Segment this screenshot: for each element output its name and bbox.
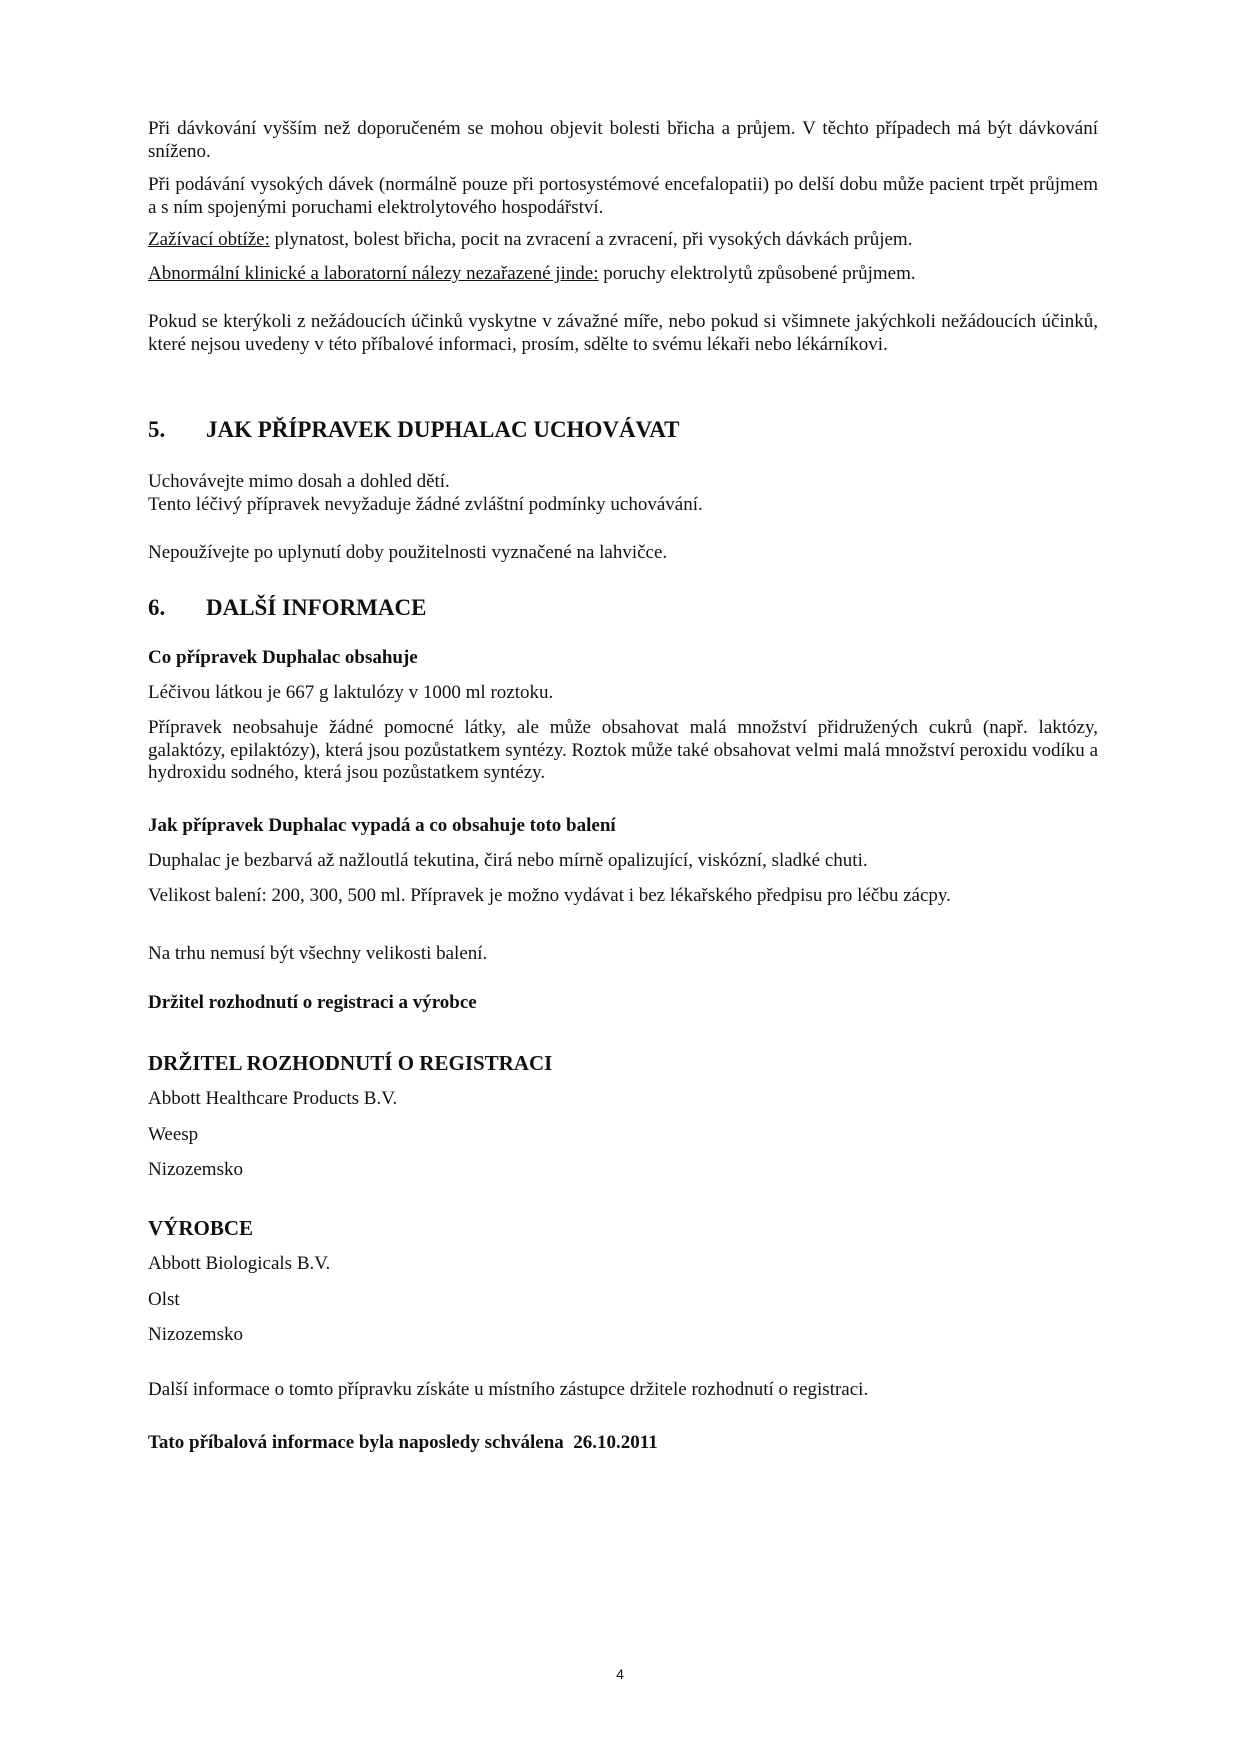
manufacturer-heading: VÝROBCE — [148, 1215, 1098, 1241]
section-6-heading: 6.DALŠÍ INFORMACE — [148, 594, 1098, 622]
lab-text: poruchy elektrolytů způsobené průjmem. — [599, 263, 916, 284]
excipients-paragraph: Přípravek neobsahuje žádné pomocné látky… — [148, 717, 1098, 785]
paragraph-overdose: Při dávkování vyšším než doporučeném se … — [148, 118, 1098, 163]
paragraph-report-effects: Pokud se kterýkoli z nežádoucích účinků … — [148, 311, 1098, 356]
section-5-heading: 5.JAK PŘÍPRAVEK DUPHALAC UCHOVÁVAT — [148, 416, 1098, 444]
manufacturer-city: Olst — [148, 1289, 1098, 1312]
paragraph-gi-effects: Zažívací obtíže: plynatost, bolest břich… — [148, 229, 1098, 252]
holder-heading: DRŽITEL ROZHODNUTÍ O REGISTRACI — [148, 1050, 1098, 1076]
more-info-paragraph: Další informace o tomto přípravku získát… — [148, 1379, 1098, 1402]
approval-date: Tato příbalová informace byla naposledy … — [148, 1432, 1098, 1455]
section-6-title: DALŠÍ INFORMACE — [206, 595, 426, 620]
section-6-number: 6. — [148, 594, 206, 622]
paragraph-high-doses: Při podávání vysokých dávek (normálně po… — [148, 174, 1098, 219]
availability-paragraph: Na trhu nemusí být všechny velikosti bal… — [148, 943, 1098, 966]
storage-line-2: Tento léčivý přípravek nevyžaduje žádné … — [148, 494, 1098, 517]
pack-sizes-paragraph: Velikost balení: 200, 300, 500 ml. Přípr… — [148, 885, 1098, 908]
subheading-holder-manufacturer: Držitel rozhodnutí o registraci a výrobc… — [148, 992, 1098, 1015]
appearance-paragraph: Duphalac je bezbarvá až nažloutlá tekuti… — [148, 850, 1098, 873]
gi-label: Zažívací obtíže: — [148, 229, 270, 250]
page-number: 4 — [0, 1666, 1240, 1682]
manufacturer-country: Nizozemsko — [148, 1324, 1098, 1347]
section-5-title: JAK PŘÍPRAVEK DUPHALAC UCHOVÁVAT — [206, 417, 679, 442]
holder-city: Weesp — [148, 1124, 1098, 1147]
subheading-appearance: Jak přípravek Duphalac vypadá a co obsah… — [148, 815, 1098, 838]
paragraph-lab-findings: Abnormální klinické a laboratorní nálezy… — [148, 263, 1098, 286]
active-substance: Léčivou látkou je 667 g laktulózy v 1000… — [148, 682, 1098, 705]
manufacturer-name: Abbott Biologicals B.V. — [148, 1253, 1098, 1276]
storage-line-1: Uchovávejte mimo dosah a dohled dětí. — [148, 471, 1098, 494]
holder-name: Abbott Healthcare Products B.V. — [148, 1088, 1098, 1111]
gi-text: plynatost, bolest břicha, pocit na zvrac… — [270, 229, 913, 250]
holder-country: Nizozemsko — [148, 1159, 1098, 1182]
subheading-contents: Co přípravek Duphalac obsahuje — [148, 647, 1098, 670]
section-5-number: 5. — [148, 416, 206, 444]
storage-line-3: Nepoužívejte po uplynutí doby použitelno… — [148, 542, 1098, 565]
lab-label: Abnormální klinické a laboratorní nálezy… — [148, 263, 599, 284]
